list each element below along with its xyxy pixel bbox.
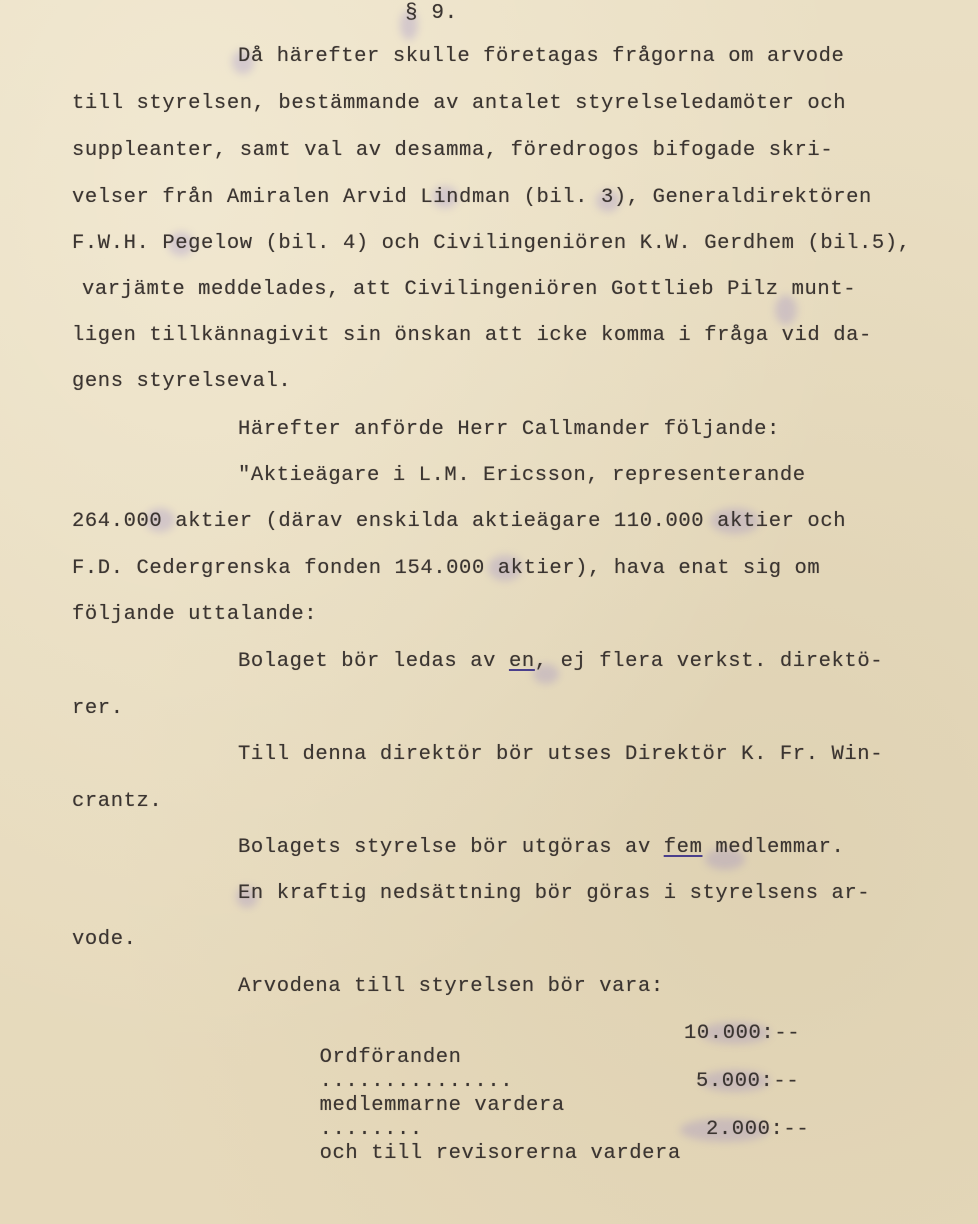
fee-amount-members: 5.000:--	[696, 1070, 799, 1094]
statement-1: Bolaget bör ledas av en, ej flera verkst…	[238, 650, 883, 674]
paragraph-1-line-5: F.W.H. Pegelow (bil. 4) och Civilingeniö…	[72, 232, 911, 256]
paragraph-1-line-7: ligen tillkännagivit sin önskan att icke…	[72, 324, 872, 348]
fee-amount-chairman: 10.000:--	[684, 1022, 800, 1046]
paragraph-3-line-3: F.D. Cedergrenska fonden 154.000 aktier)…	[72, 557, 820, 581]
paragraph-1-line-8: gens styrelseval.	[72, 370, 291, 394]
fee-amount-auditors: 2.000:--	[706, 1118, 809, 1142]
statement-1-underlined: en	[509, 650, 535, 673]
statement-3-underlined: fem	[664, 836, 703, 859]
fee-row-auditors: och till revisorerna vardera	[268, 1118, 681, 1190]
statement-1-suffix: , ej flera verkst. direktö-	[535, 650, 883, 673]
paragraph-1-line-2: till styrelsen, bestämmande av antalet s…	[72, 92, 846, 116]
paragraph-1-line-3: suppleanter, samt val av desamma, föredr…	[72, 139, 833, 163]
statement-1-continuation: rer.	[72, 697, 124, 721]
statement-3-suffix: medlemmar.	[703, 836, 845, 859]
fees-intro: Arvodena till styrelsen bör vara:	[238, 975, 664, 999]
paragraph-2-line-1: Härefter anförde Herr Callmander följand…	[238, 418, 780, 442]
paragraph-1-line-1: Då härefter skulle företagas frågorna om…	[238, 45, 844, 69]
statement-4-line-1: En kraftig nedsättning bör göras i styre…	[238, 882, 870, 906]
paragraph-3-line-1: "Aktieägare i L.M. Ericsson, representer…	[238, 464, 806, 488]
statement-1-prefix: Bolaget bör ledas av	[238, 650, 509, 673]
paragraph-3-line-2: 264.000 aktier (därav enskilda aktieägar…	[72, 510, 846, 534]
statement-2-line-2: crantz.	[72, 790, 162, 814]
paragraph-1-line-4: velser från Amiralen Arvid Lindman (bil.…	[72, 186, 872, 210]
fee-label: och till revisorerna vardera	[320, 1142, 681, 1166]
statement-4-line-2: vode.	[72, 928, 137, 952]
paragraph-3-line-4: följande uttalande:	[72, 603, 317, 627]
statement-2-line-1: Till denna direktör bör utses Direktör K…	[238, 743, 883, 767]
statement-3: Bolagets styrelse bör utgöras av fem med…	[238, 836, 844, 860]
section-heading: § 9.	[405, 2, 458, 26]
typewritten-page: § 9. Då härefter skulle företagas frågor…	[0, 0, 978, 1224]
statement-3-prefix: Bolagets styrelse bör utgöras av	[238, 836, 664, 859]
fee-label: medlemmarne vardera	[320, 1094, 565, 1118]
paragraph-1-line-6: varjämte meddelades, att Civilingeniören…	[82, 278, 856, 302]
fee-label: Ordföranden	[320, 1046, 462, 1070]
